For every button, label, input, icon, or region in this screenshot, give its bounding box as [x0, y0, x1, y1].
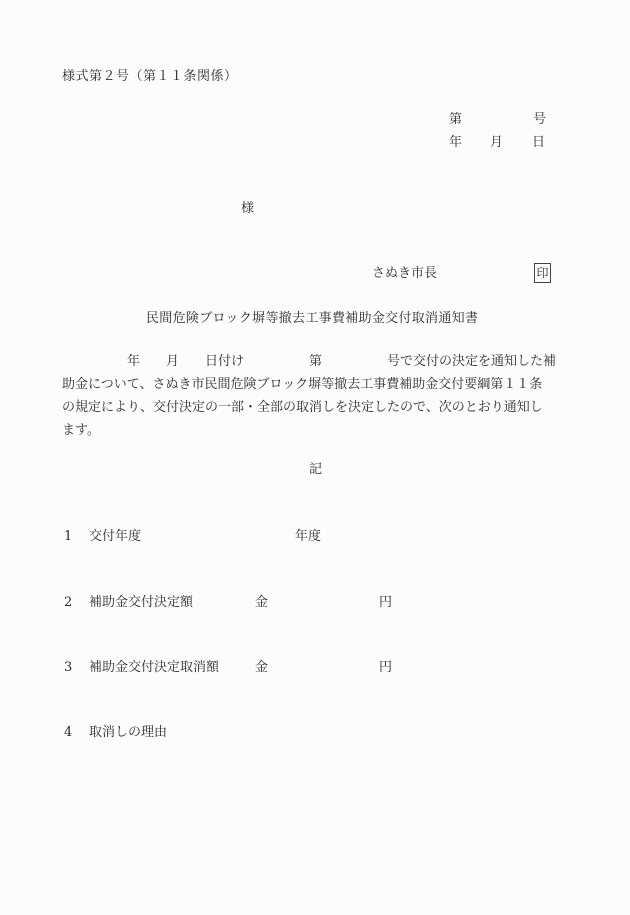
date-day-label: 日 — [532, 135, 545, 151]
doc-number-suffix: 号 — [533, 112, 546, 128]
item-label: 取消しの理由 — [89, 725, 167, 741]
item-number: 1 — [64, 529, 72, 545]
item-label: 補助金交付決定額 — [89, 595, 193, 611]
item-label: 交付年度 — [89, 529, 141, 545]
item-label: 補助金交付決定取消額 — [89, 660, 219, 676]
date-year-label: 年 — [449, 135, 462, 151]
addressee-honorific: 様 — [241, 201, 254, 217]
doc-number-prefix: 第 — [449, 112, 462, 128]
date-month-label: 月 — [490, 135, 503, 151]
body-paragraph: 年 月 日付け 第 号で交付の決定を通知した補 助金について、さぬき市民間危険ブ… — [62, 350, 584, 442]
body-line: 助金について、さぬき市民間危険ブロック塀等撤去工事費補助金交付要綱第１１条 — [62, 373, 584, 396]
item-value-suffix: 円 — [379, 595, 392, 611]
item-value-prefix: 金 — [255, 595, 268, 611]
ki-heading: 記 — [309, 462, 322, 478]
seal-mark: 印 — [534, 263, 551, 283]
body-line: 年 月 日付け 第 号で交付の決定を通知した補 — [62, 350, 584, 373]
body-line: ます。 — [62, 419, 584, 442]
item-value-suffix: 年度 — [295, 529, 321, 545]
document-title: 民間危険ブロック塀等撤去工事費補助金交付取消通知書 — [146, 311, 478, 327]
item-number: 3 — [64, 660, 72, 676]
form-number: 様式第２号（第１１条関係） — [62, 69, 238, 85]
body-line: の規定により、交付決定の一部・全部の取消しを決定したので、次のとおり通知し — [62, 396, 584, 419]
item-number: 4 — [64, 725, 72, 741]
issuer-name: さぬき市長 — [372, 266, 437, 282]
item-value-suffix: 円 — [379, 660, 392, 676]
item-value-prefix: 金 — [255, 660, 268, 676]
item-number: 2 — [64, 595, 72, 611]
